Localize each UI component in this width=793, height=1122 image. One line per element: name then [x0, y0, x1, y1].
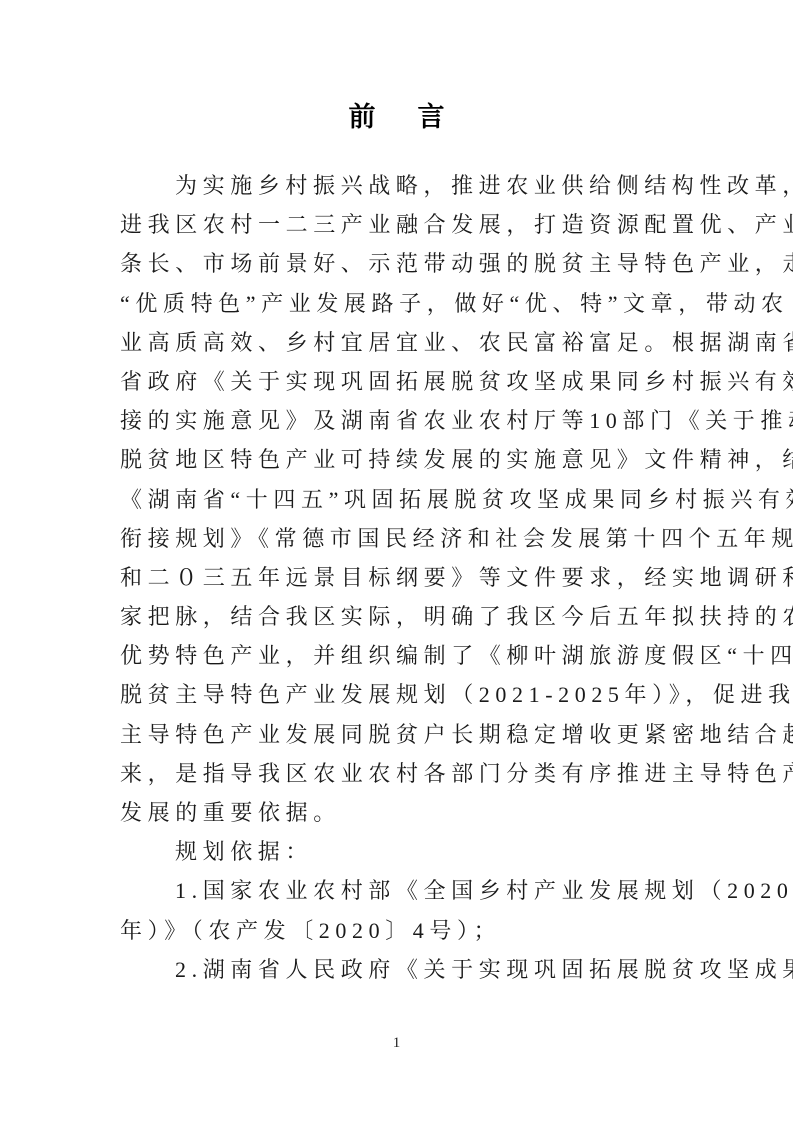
reference-item-1-continued: 年）》（农产发〔2020〕4号）；: [120, 911, 676, 950]
reference-item-2: 2.湖南省人民政府《关于实现巩固拓展脱贫攻坚成果同: [120, 950, 676, 989]
text-line: 来，是指导我区农业农村各部门分类有序推进主导特色产业: [120, 754, 676, 793]
reference-item-1: 1.国家农业农村部《全国乡村产业发展规划（2020-2025: [120, 871, 676, 910]
text-line: 业高质高效、乡村宜居宜业、农民富裕富足。根据湖南省委、: [120, 323, 676, 362]
text-line: 《湖南省“十四五”巩固拓展脱贫攻坚成果同乡村振兴有效: [120, 480, 676, 519]
page-title: 前言: [0, 100, 793, 134]
document-page: 前言 为实施乡村振兴战略，推进农业供给侧结构性改革，促 进我区农村一二三产业融合…: [0, 0, 793, 1122]
text-line: 和二０三五年远景目标纲要》等文件要求，经实地调研和专: [120, 558, 676, 597]
title-char-1: 前: [349, 100, 376, 134]
section-heading-planning-basis: 规划依据：: [120, 832, 676, 871]
text-line: 进我区农村一二三产业融合发展，打造资源配置优、产业链: [120, 205, 676, 244]
text-line: 发展的重要依据。: [120, 793, 676, 832]
text-line: 脱贫地区特色产业可持续发展的实施意见》文件精神，结合: [120, 440, 676, 479]
title-char-2: 言: [418, 100, 445, 134]
text-line: 衔接规划》《常德市国民经济和社会发展第十四个五年规划: [120, 519, 676, 558]
text-line: 条长、市场前景好、示范带动强的脱贫主导特色产业，走上: [120, 244, 676, 283]
page-number: 1: [0, 1032, 793, 1054]
text-line: 脱贫主导特色产业发展规划（2021-2025年）》，促进我区: [120, 675, 676, 714]
text-line: 接的实施意见》及湖南省农业农村厅等10部门《关于推动: [120, 401, 676, 440]
text-line: “优质特色”产业发展路子，做好“优、特”文章，带动农: [120, 284, 676, 323]
text-line: 优势特色产业，并组织编制了《柳叶湖旅游度假区“十四五”: [120, 636, 676, 675]
text-line: 省政府《关于实现巩固拓展脱贫攻坚成果同乡村振兴有效衔: [120, 362, 676, 401]
document-body: 为实施乡村振兴战略，推进农业供给侧结构性改革，促 进我区农村一二三产业融合发展，…: [120, 166, 676, 989]
text-line: 主导特色产业发展同脱贫户长期稳定增收更紧密地结合起: [120, 715, 676, 754]
text-line: 家把脉，结合我区实际，明确了我区今后五年拟扶持的农业: [120, 597, 676, 636]
text-line: 为实施乡村振兴战略，推进农业供给侧结构性改革，促: [120, 166, 676, 205]
